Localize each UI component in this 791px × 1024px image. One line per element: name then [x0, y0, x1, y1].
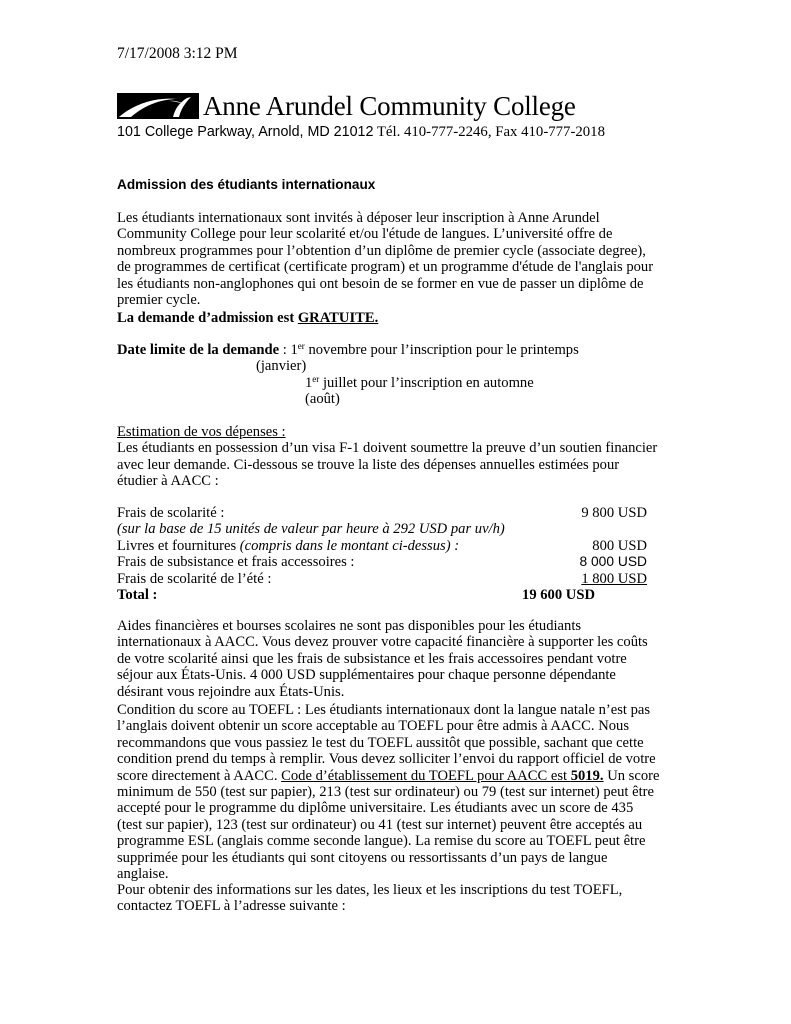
cost-row-tuition-note: (sur la base de 15 unités de valeur par …	[117, 521, 647, 537]
expenses-table: Frais de scolarité : 9 800 USD (sur la b…	[117, 505, 647, 603]
deadline-fall: 1er juillet pour l’inscription en automn…	[117, 375, 677, 391]
toefl-contact-paragraph: Pour obtenir des informations sur les da…	[117, 882, 662, 915]
cost-amount: 800 USD	[592, 538, 647, 554]
street-address: 101 College Parkway, Arnold, MD 21012	[117, 124, 373, 140]
expenses-description: Les étudiants en possession d’un visa F-…	[117, 440, 662, 489]
cost-row-tuition: Frais de scolarité : 9 800 USD	[117, 505, 647, 521]
expenses-heading: Estimation de vos dépenses :	[117, 424, 662, 440]
college-address: 101 College Parkway, Arnold, MD 21012 Té…	[117, 124, 605, 140]
toefl-code: 5019.	[571, 768, 604, 784]
cost-row-living: Frais de subsistance et frais accessoire…	[117, 554, 647, 570]
deadline-fall-month: (août)	[117, 391, 677, 407]
cost-amount: 1 800 USD	[581, 571, 647, 587]
section-title: Admission des étudiants internationaux	[117, 177, 375, 193]
cost-amount: 8 000 USD	[580, 554, 648, 570]
toefl-paragraph: Condition du score au TOEFL : Les étudia…	[117, 702, 662, 882]
deadline-spring-month: (janvier)	[117, 358, 677, 374]
toefl-code-statement: Code d’établissement du TOEFL pour AACC …	[281, 768, 603, 784]
deadline-spring: Date limite de la demande : 1er novembre…	[117, 342, 677, 358]
college-name: Anne Arundel Community College	[203, 91, 576, 121]
intro-paragraph: Les étudiants internationaux sont invité…	[117, 210, 662, 308]
cost-amount: 9 800 USD	[581, 505, 647, 521]
free-application-notice: La demande d’admission est GRATUITE.	[117, 310, 378, 326]
cost-row-total: Total : 19 600 USD	[117, 587, 647, 603]
phone-fax: Tél. 410-777-2246, Fax 410-777-2018	[377, 124, 605, 140]
application-deadlines: Date limite de la demande : 1er novembre…	[117, 342, 677, 408]
swoosh-bird-logo-icon	[117, 93, 199, 119]
print-timestamp: 7/17/2008 3:12 PM	[117, 46, 238, 62]
cost-row-summer: Frais de scolarité de l’été : 1 800 USD	[117, 571, 647, 587]
financial-aid-paragraph: Aides financières et bourses scolaires n…	[117, 618, 662, 700]
free-emphasis: GRATUITE.	[298, 310, 378, 326]
cost-row-books: Livres et fournitures (compris dans le m…	[117, 538, 647, 554]
expenses-intro: Estimation de vos dépenses : Les étudian…	[117, 424, 662, 490]
college-letterhead: Anne Arundel Community College	[117, 91, 576, 121]
deadline-label: Date limite de la demande	[117, 342, 279, 358]
total-amount: 19 600 USD	[522, 587, 595, 603]
